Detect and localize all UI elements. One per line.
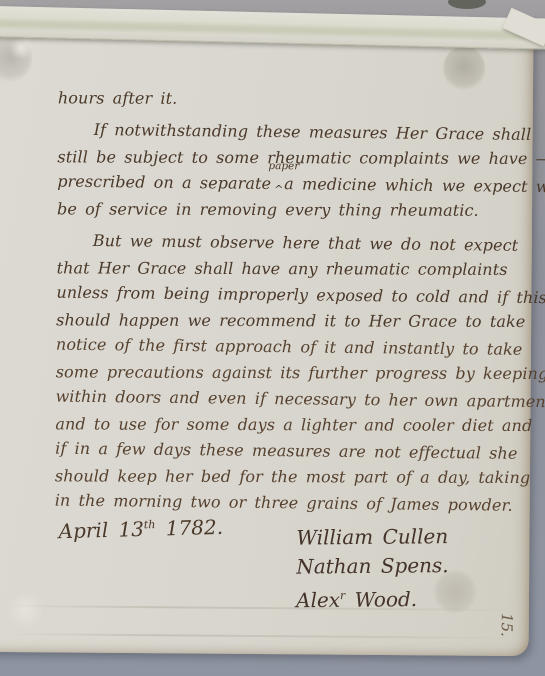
letter-line: that Her Grace shall have any rheumatic … bbox=[57, 255, 505, 283]
letter-line: if in a few days these measures are not … bbox=[55, 436, 503, 467]
signature-surname: Wood. bbox=[345, 587, 417, 612]
letter-body: hours after it. If notwithstanding these… bbox=[55, 84, 506, 518]
letter-line: If notwithstanding these measures Her Gr… bbox=[58, 117, 506, 148]
light-patch bbox=[8, 592, 44, 628]
letter-line: should happen we recommend it to Her Gra… bbox=[56, 307, 504, 335]
inserted-word: paper bbox=[268, 161, 299, 171]
date-ordinal-suffix: th bbox=[144, 518, 156, 531]
seal-stain bbox=[443, 45, 485, 91]
background-object bbox=[448, 0, 486, 9]
date: April 13th 1782. bbox=[58, 515, 223, 543]
insertion-mark: paper^ bbox=[271, 173, 284, 189]
manuscript-page: hours after it. If notwithstanding these… bbox=[0, 30, 533, 656]
letter-line: notice of the first approach of it and i… bbox=[56, 332, 504, 363]
letter-line: hours after it. bbox=[58, 85, 506, 113]
letter-line: in the morning two or three grains of Ja… bbox=[55, 488, 503, 519]
letter-line: But we must observe here that we do not … bbox=[57, 228, 505, 259]
signature-block: William Cullen Nathan Spens. Alexr Wood. bbox=[296, 522, 449, 610]
letter-line: within doors and even if necessary to he… bbox=[55, 384, 503, 415]
date-year: 1782. bbox=[155, 515, 223, 541]
letter-line: and to use for some days a lighter and c… bbox=[55, 411, 503, 439]
letter-line: some precautions against its further pro… bbox=[56, 359, 504, 387]
letter-line: be of service in removing every thing rh… bbox=[57, 196, 505, 224]
date-text: April 13 bbox=[58, 517, 144, 543]
photograph-background: hours after it. If notwithstanding these… bbox=[0, 0, 545, 676]
signature-name: Alex bbox=[296, 588, 340, 612]
letter-line-text: prescribed on a separate bbox=[57, 172, 271, 193]
letter-line: unless from being improperly exposed to … bbox=[56, 280, 504, 311]
signature-nathan-spens: Nathan Spens. bbox=[296, 551, 449, 581]
signature-william-cullen: William Cullen bbox=[296, 522, 449, 552]
paper-crease bbox=[2, 633, 517, 639]
letter-line-with-insertion: prescribed on a separatepaper^a medicine… bbox=[57, 169, 505, 200]
signature-alex-wood: Alexr Wood. bbox=[296, 580, 449, 610]
light-patch bbox=[8, 38, 34, 58]
letter-line: should keep her bed for the most part of… bbox=[55, 463, 503, 491]
folio-number: 15. bbox=[498, 613, 516, 637]
insertion-caret-icon: ^ bbox=[274, 185, 283, 195]
letter-line-text: a medicine which we expect will bbox=[284, 174, 545, 196]
